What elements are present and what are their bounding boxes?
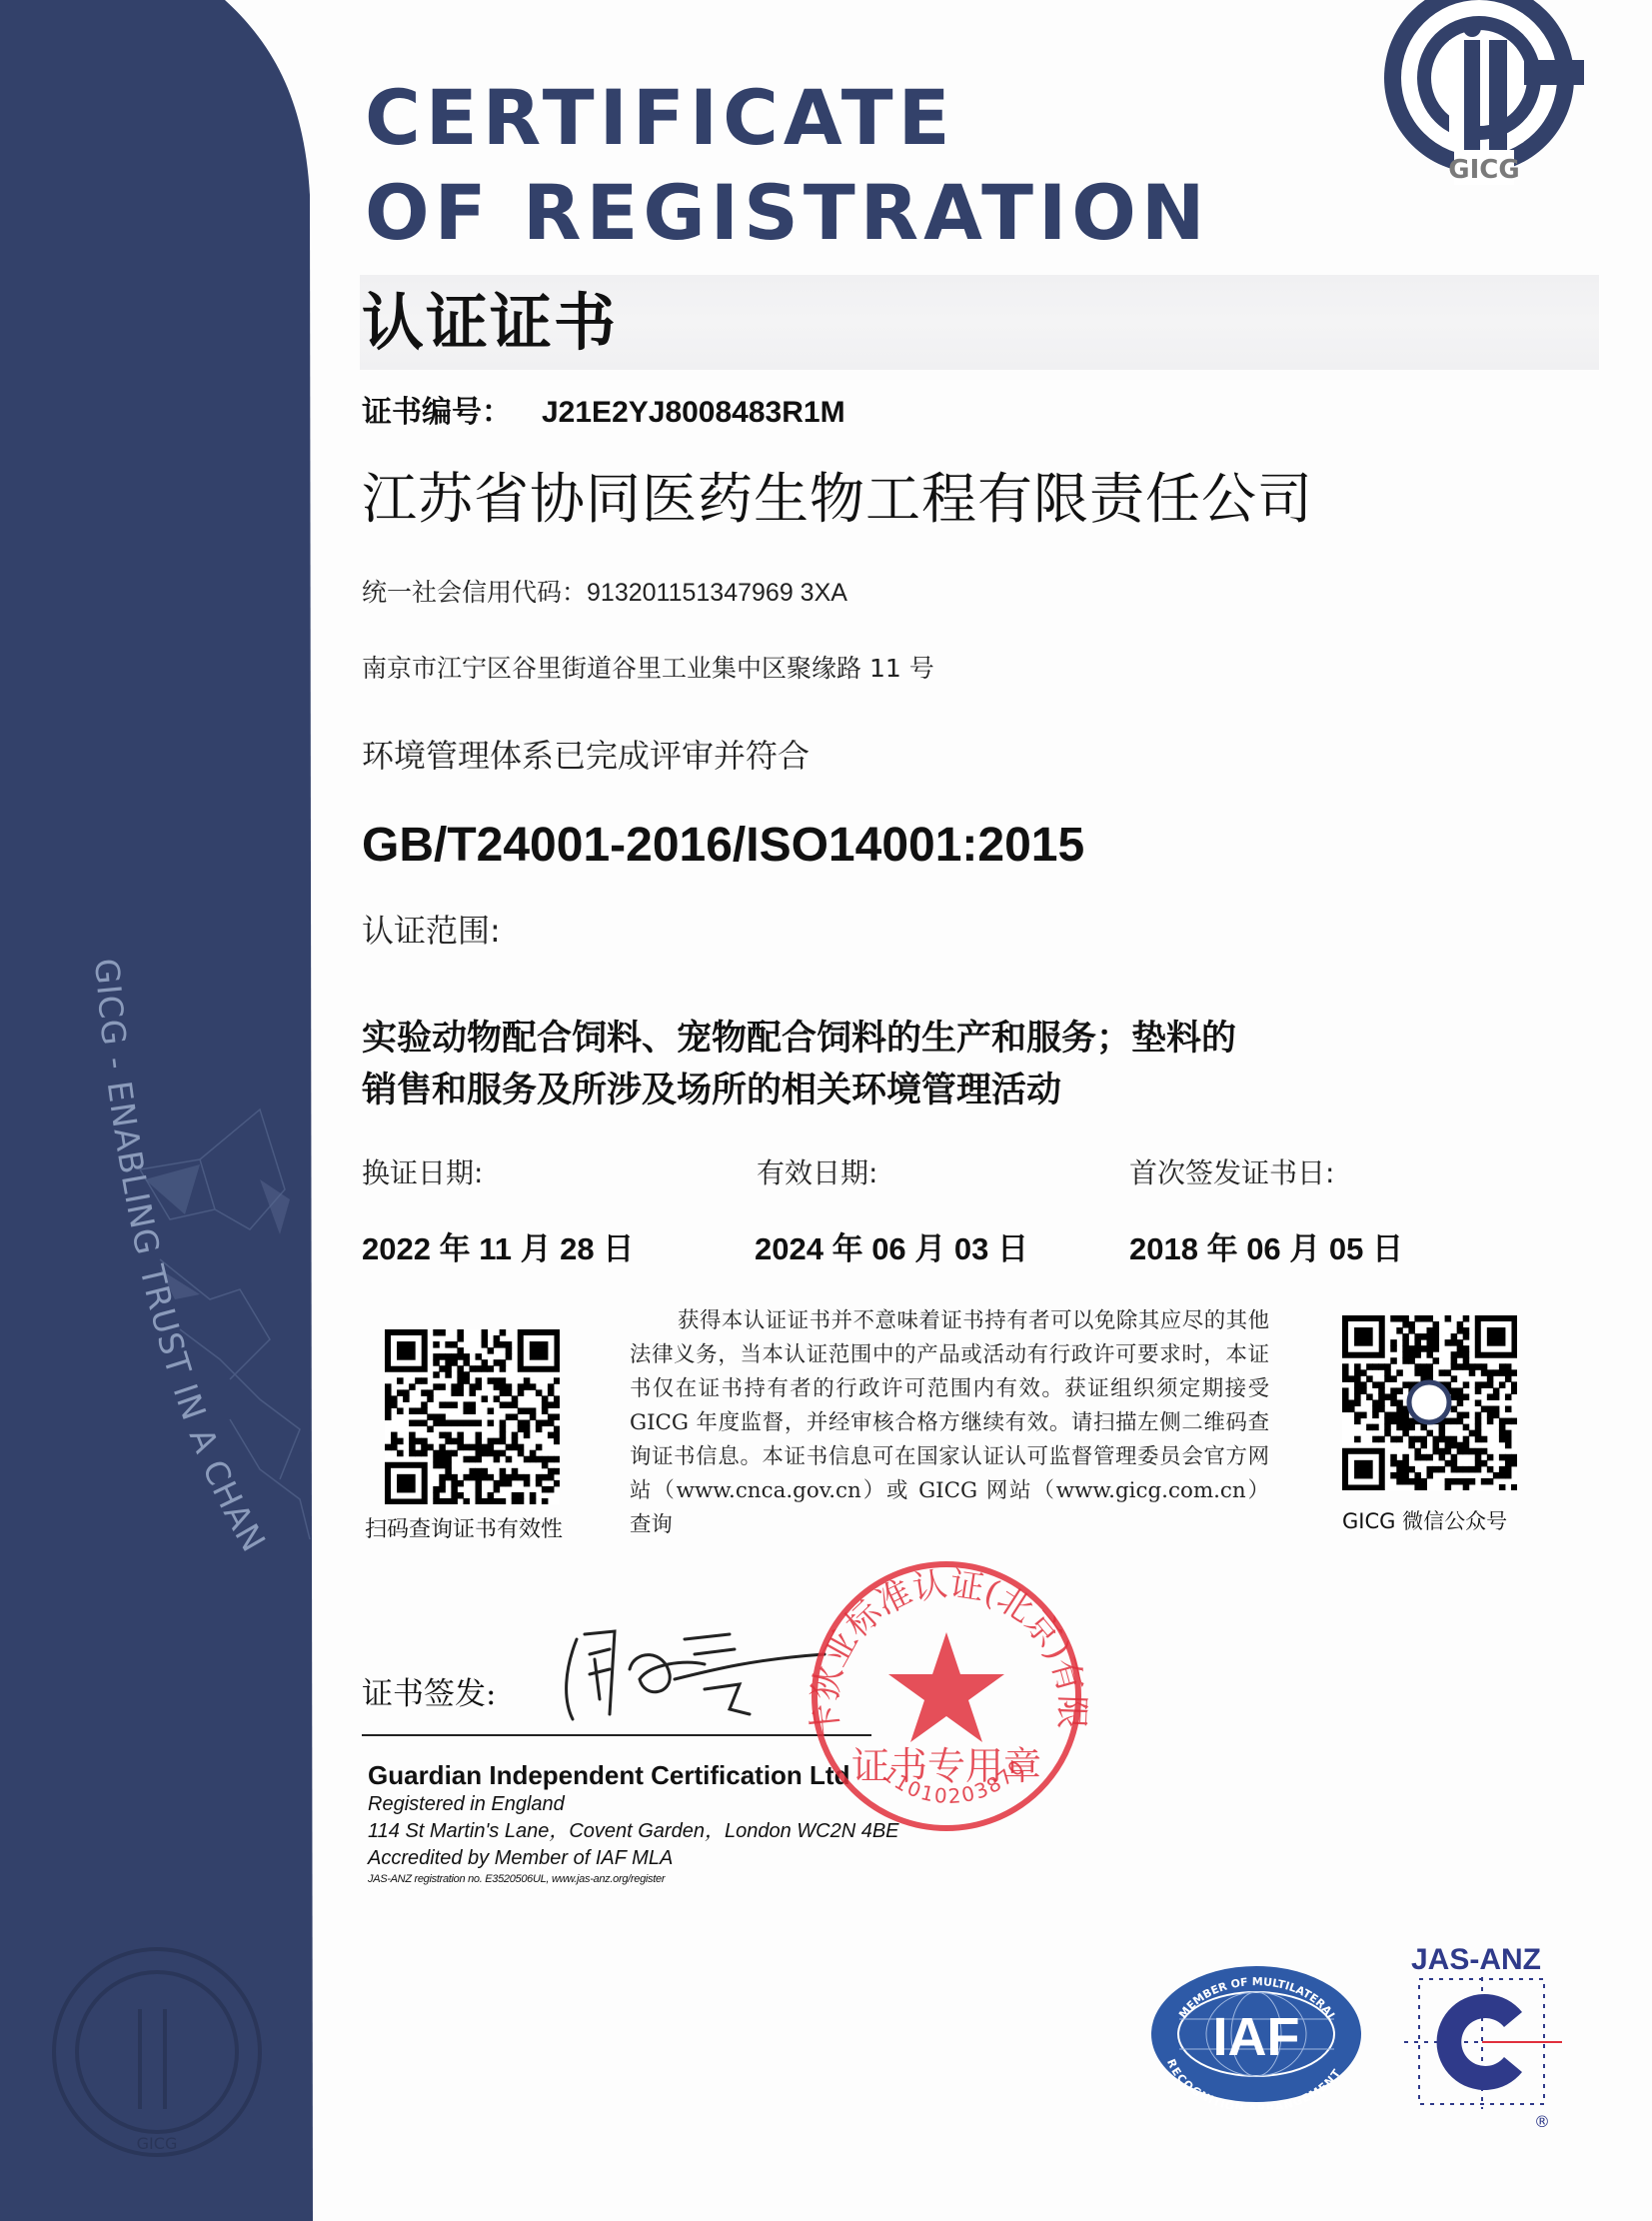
signature bbox=[555, 1619, 834, 1733]
company-seal: 卡狄亚标准认证(北京)有限公司 证书专用章 1101020387093 bbox=[805, 1554, 1089, 1839]
gicg-logo: GICG bbox=[1364, 0, 1604, 185]
credit-code: 913201151347969 3XA bbox=[587, 579, 847, 607]
scope-line: 实验动物配合饲料、宠物配合饲料的生产和服务；垫料的 bbox=[362, 1013, 1236, 1065]
renewal-date: 2022 年 11 月 28 日 bbox=[362, 1233, 634, 1264]
qr-code-icon bbox=[1342, 1315, 1517, 1490]
svg-text:GICG: GICG bbox=[1448, 155, 1519, 185]
iaf-mla-logo: IAF MEMBER OF MULTILATERAL RECOGNITION A… bbox=[1149, 1959, 1364, 2109]
signature-label: 证书签发: bbox=[362, 1679, 496, 1710]
legal-notice: 获得本认证证书并不意味着证书持有者可以免除其应尽的其他法律义务，当本认证范围中的… bbox=[630, 1304, 1269, 1542]
first-issue-date-label: 首次签发证书日: bbox=[1129, 1159, 1334, 1187]
credit-code-label: 统一社会信用代码： bbox=[362, 578, 587, 607]
signature-line bbox=[362, 1734, 871, 1736]
jas-anz-logo: JAS-ANZ ® bbox=[1404, 1937, 1564, 2132]
verification-qr-caption: 扫码查询证书有效性 bbox=[365, 1519, 563, 1541]
wechat-qr-code[interactable] bbox=[1342, 1315, 1517, 1494]
credit-code-row: 统一社会信用代码：913201151347969 3XA bbox=[362, 580, 847, 606]
conformance-statement: 环境管理体系已完成评审并符合 bbox=[362, 740, 810, 772]
verification-qr-code[interactable] bbox=[385, 1329, 560, 1508]
certificate-number-row: 证书编号：J21E2YJ8008483R1M bbox=[362, 398, 845, 428]
title-cn: 认证证书 bbox=[362, 292, 618, 354]
gicg-logo-icon: GICG bbox=[1364, 0, 1604, 185]
certificate-number-label: 证书编号： bbox=[362, 395, 512, 430]
issuer-registered: Registered in England bbox=[368, 1794, 565, 1814]
scope-text: 实验动物配合饲料、宠物配合饲料的生产和服务；垫料的 销售和服务及所涉及场所的相关… bbox=[362, 1013, 1236, 1116]
qr-code-icon bbox=[385, 1329, 560, 1504]
svg-text:JAS-ANZ: JAS-ANZ bbox=[1411, 1943, 1541, 1976]
iaf-logo-icon: IAF MEMBER OF MULTILATERAL RECOGNITION A… bbox=[1149, 1959, 1364, 2109]
svg-text:®: ® bbox=[1534, 2112, 1550, 2131]
first-issue-date: 2018 年 06 月 05 日 bbox=[1129, 1233, 1403, 1264]
issuer-accreditation: Accredited by Member of IAF MLA bbox=[368, 1848, 673, 1868]
red-seal-icon: 卡狄亚标准认证(北京)有限公司 证书专用章 1101020387093 bbox=[805, 1554, 1089, 1839]
scope-label: 认证范围: bbox=[362, 915, 501, 947]
company-address: 南京市江宁区谷里街道谷里工业集中区聚缘路 11 号 bbox=[362, 656, 934, 681]
certificate-number: J21E2YJ8008483R1M bbox=[542, 396, 845, 429]
wechat-qr-caption: GICG 微信公众号 bbox=[1342, 1511, 1507, 1532]
handwritten-signature-icon bbox=[555, 1619, 834, 1729]
jas-anz-registration: JAS-ANZ registration no. E3520506UL, www… bbox=[368, 1874, 665, 1885]
issuer-name: Guardian Independent Certification Ltd bbox=[368, 1762, 849, 1788]
left-decorative-band: GICG - ENABLING TRUST IN A CHANGING WORL… bbox=[0, 0, 313, 2221]
standard: GB/T24001-2016/ISO14001:2015 bbox=[362, 822, 1084, 870]
svg-text:IAF: IAF bbox=[1213, 2007, 1300, 2067]
jas-anz-logo-icon: JAS-ANZ ® bbox=[1404, 1937, 1564, 2132]
expiry-date-label: 有效日期: bbox=[757, 1159, 877, 1187]
company-name: 江苏省协同医药生物工程有限责任公司 bbox=[362, 472, 1313, 527]
scope-line: 销售和服务及所涉及场所的相关环境管理活动 bbox=[362, 1065, 1236, 1116]
svg-text:GICG: GICG bbox=[137, 2134, 178, 2153]
title-line-1: CERTIFICATE bbox=[365, 80, 955, 156]
renewal-date-label: 换证日期: bbox=[362, 1159, 483, 1187]
title-line-2: OF REGISTRATION bbox=[365, 175, 1209, 251]
expiry-date: 2024 年 06 月 03 日 bbox=[755, 1233, 1028, 1264]
